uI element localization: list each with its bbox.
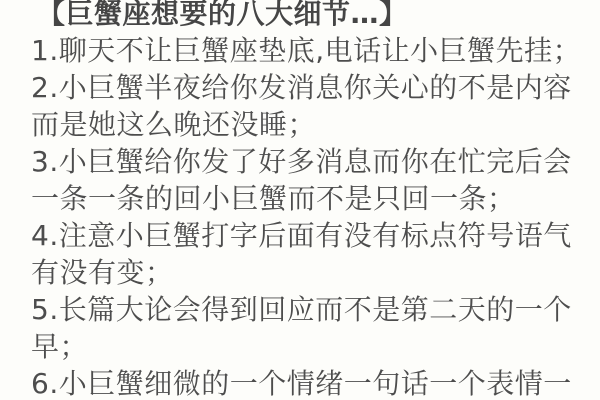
post-line-10: 6.小巨蟹细微的一个情绪一句话一个表情一 [31, 365, 590, 400]
post-line-1: 1.聊天不让巨蟹座垫底,电话让小巨蟹先挂； [31, 32, 590, 69]
text-post-card: 【巨蟹座想要的八大细节…】 1.聊天不让巨蟹座垫底,电话让小巨蟹先挂； 2.小巨… [31, 0, 590, 400]
post-line-5: 一条一条的回小巨蟹而不是只回一条； [31, 180, 590, 217]
post-line-4: 3.小巨蟹给你发了好多消息而你在忙完后会 [31, 143, 590, 180]
post-title: 【巨蟹座想要的八大细节…】 [37, 0, 590, 32]
post-line-3: 而是她这么晚还没睡； [31, 106, 590, 143]
post-line-7: 有没有变； [31, 254, 590, 291]
post-line-8: 5.长篇大论会得到回应而不是第二天的一个 [31, 291, 590, 328]
post-line-9: 早； [31, 328, 590, 365]
post-line-6: 4.注意小巨蟹打字后面有没有标点符号语气 [31, 217, 590, 254]
post-line-2: 2.小巨蟹半夜给你发消息你关心的不是内容 [31, 69, 590, 106]
